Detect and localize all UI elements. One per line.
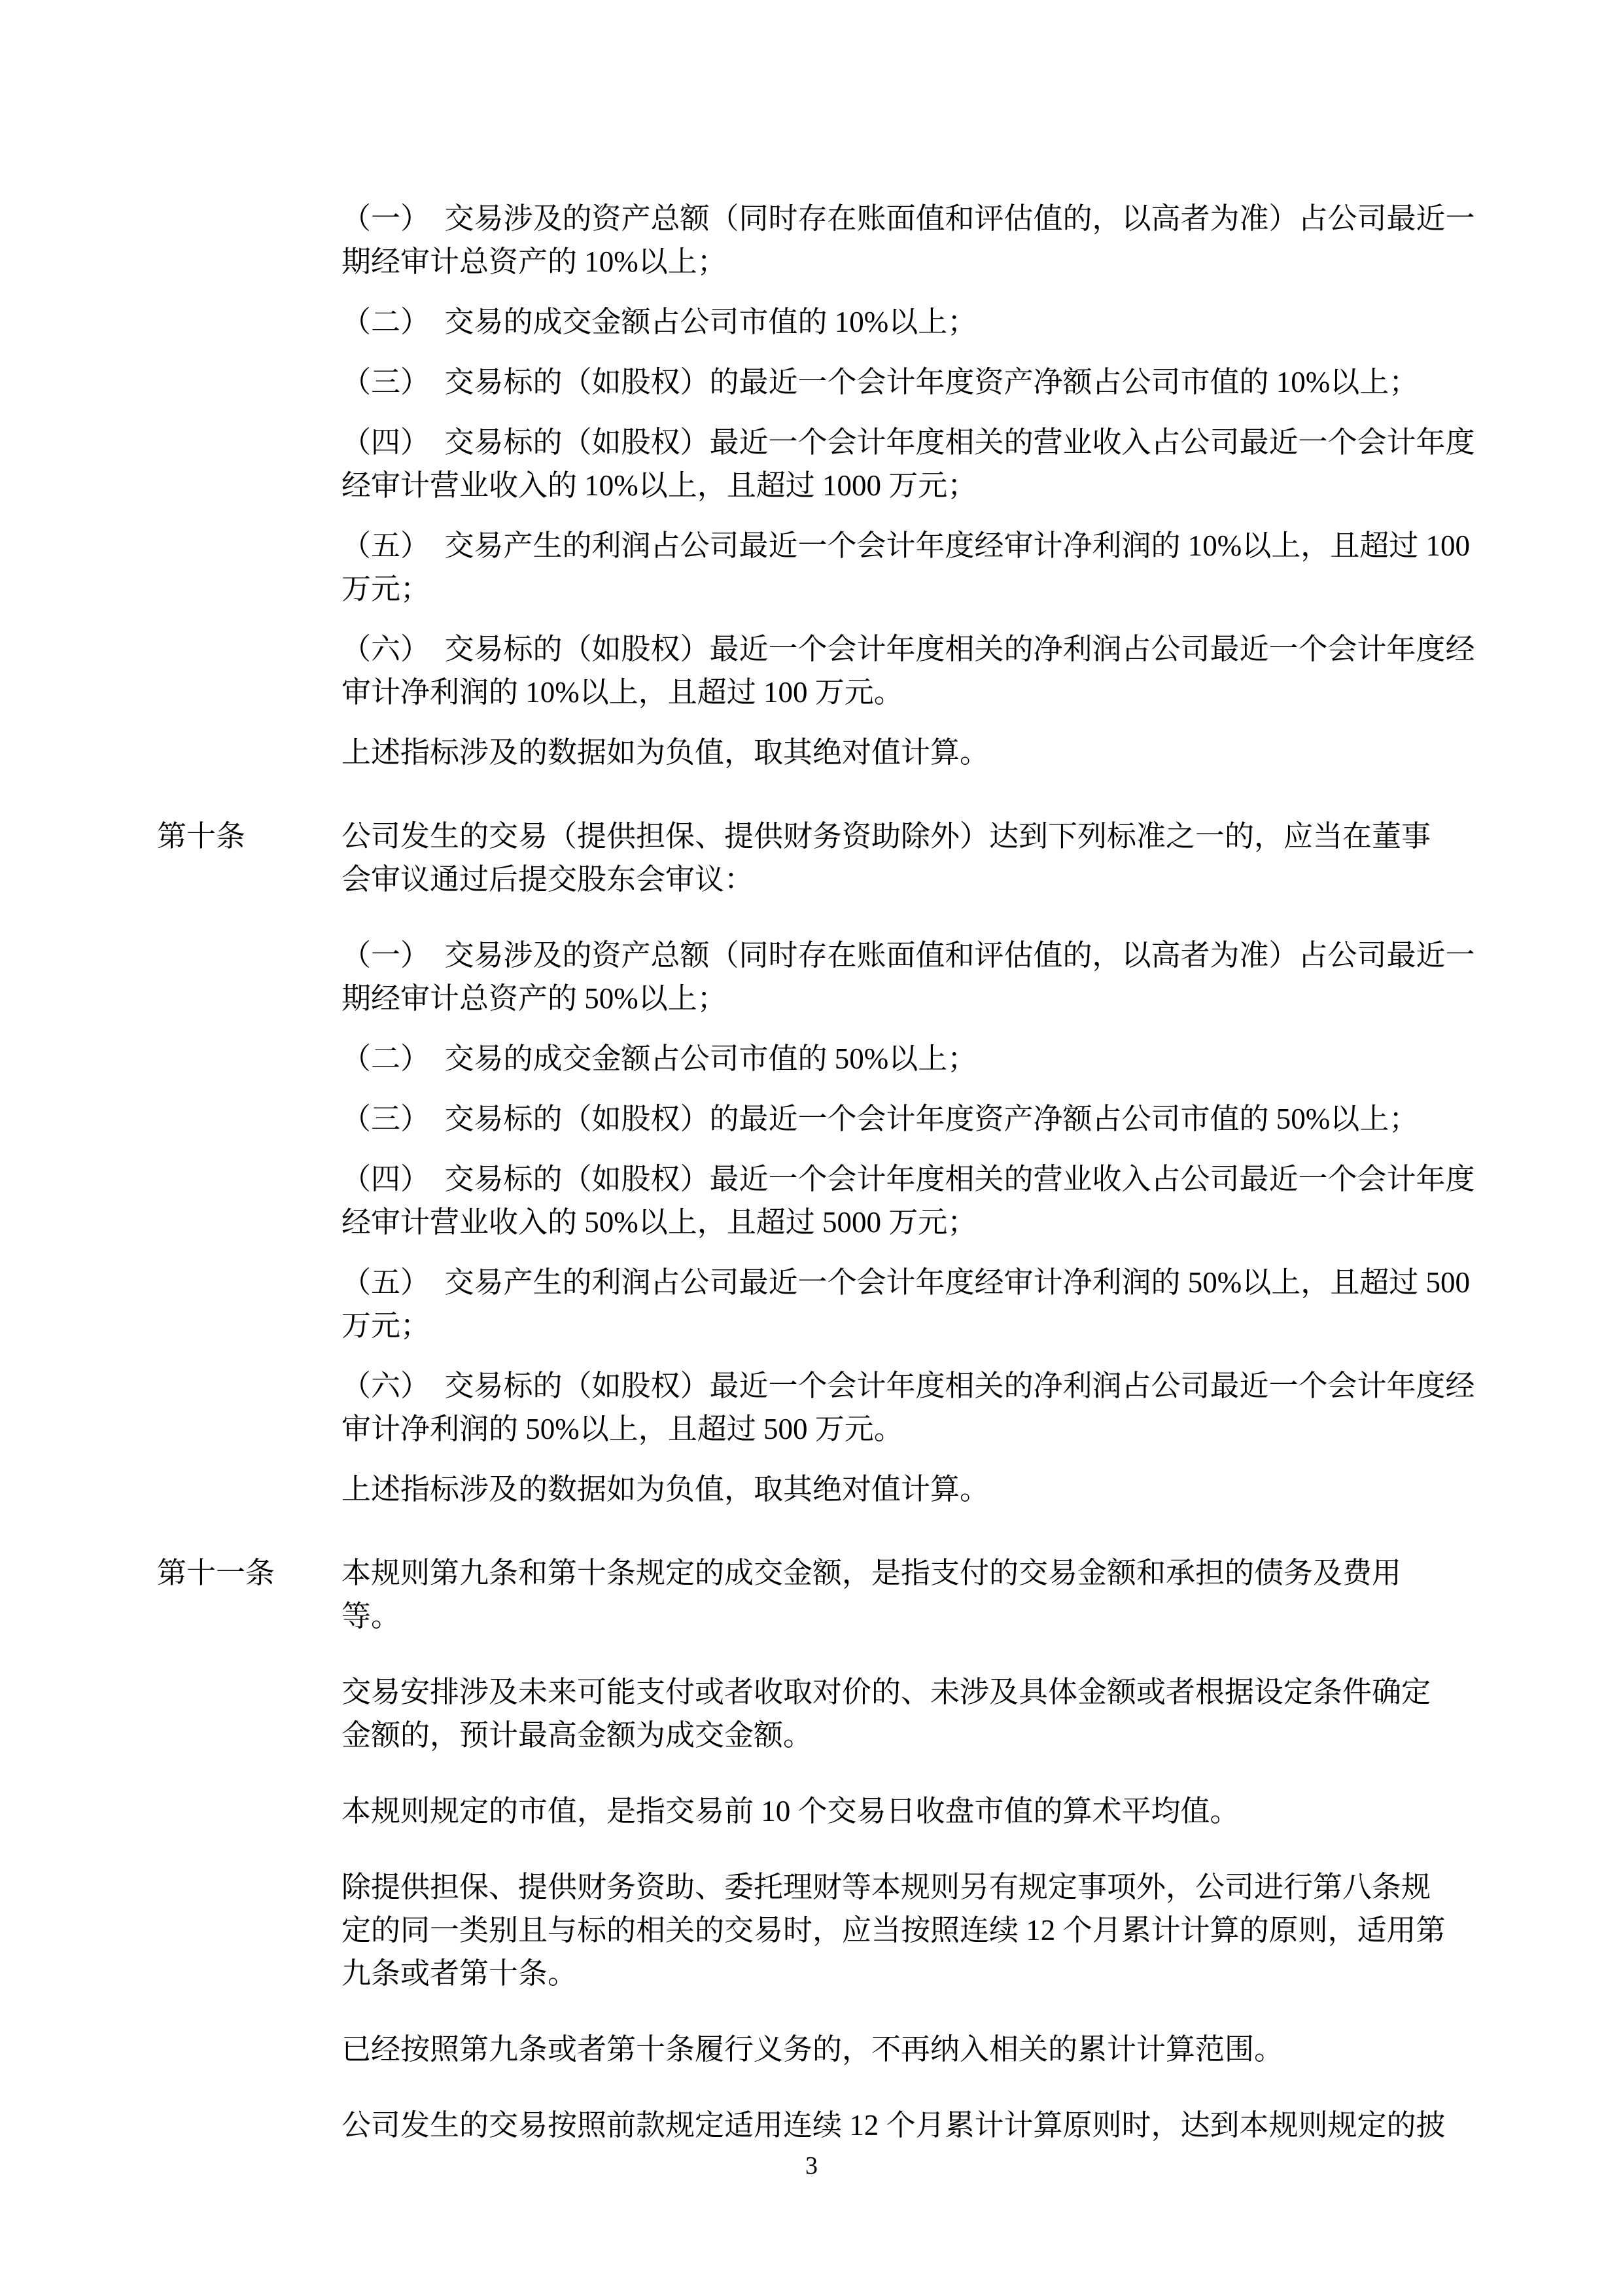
list-item: （二） 交易的成交金额占公司市值的 50%以上； [341,1037,1483,1080]
article-11: 第十一条 本规则第九条和第十条规定的成交金额，是指支付的交易金额和承担的债务及费… [341,1551,1483,2147]
text-line: （五） 交易产生的利润占公司最近一个会计年度经审计净利润的 10%以上，且超过 … [341,524,1483,567]
text-line: 本规则规定的市值，是指交易前 10 个交易日收盘市值的算术平均值。 [341,1790,1483,1833]
note-paragraph: 上述指标涉及的数据如为负值，取其绝对值计算。 [341,731,1483,774]
article-10-label: 第十条 [157,815,245,858]
list-item: （四） 交易标的（如股权）最近一个会计年度相关的营业收入占公司最近一个会计年度 … [341,421,1483,507]
article-paragraph: 本规则规定的市值，是指交易前 10 个交易日收盘市值的算术平均值。 [341,1790,1483,1833]
list-item: （三） 交易标的（如股权）的最近一个会计年度资产净额占公司市值的 10%以上； [341,361,1483,404]
text-line: 上述指标涉及的数据如为负值，取其绝对值计算。 [341,1468,1483,1511]
text-line: （六） 交易标的（如股权）最近一个会计年度相关的净利润占公司最近一个会计年度经 [341,627,1483,671]
text-line: 经审计营业收入的 10%以上，且超过 1000 万元； [341,464,1483,507]
list-item: （一） 交易涉及的资产总额（同时存在账面值和评估值的，以高者为准）占公司最近一 … [341,197,1483,283]
text-line: （四） 交易标的（如股权）最近一个会计年度相关的营业收入占公司最近一个会计年度 [341,421,1483,464]
list-item: （六） 交易标的（如股权）最近一个会计年度相关的净利润占公司最近一个会计年度经 … [341,627,1483,714]
text-line: 期经审计总资产的 10%以上； [341,240,1483,283]
text-line: （六） 交易标的（如股权）最近一个会计年度相关的净利润占公司最近一个会计年度经 [341,1364,1483,1407]
text-line: 经审计营业收入的 50%以上，且超过 5000 万元； [341,1201,1483,1244]
article-paragraph: 除提供担保、提供财务资助、委托理财等本规则另有规定事项外，公司进行第八条规 定的… [341,1865,1483,1995]
text-line: 万元； [341,567,1483,610]
text-line: （二） 交易的成交金额占公司市值的 50%以上； [341,1037,1483,1080]
text-line: 万元； [341,1304,1483,1347]
text-line: 审计净利润的 50%以上，且超过 500 万元。 [341,1407,1483,1451]
article-11-label: 第十一条 [157,1551,275,1595]
article-intro: 公司发生的交易（提供担保、提供财务资助除外）达到下列标准之一的，应当在董事 会审… [341,815,1483,901]
text-line: （五） 交易产生的利润占公司最近一个会计年度经审计净利润的 50%以上，且超过 … [341,1261,1483,1304]
article-paragraph: 交易安排涉及未来可能支付或者收取对价的、未涉及具体金额或者根据设定条件确定 金额… [341,1670,1483,1757]
text-line: 本规则第九条和第十条规定的成交金额，是指支付的交易金额和承担的债务及费用 [341,1551,1483,1595]
article-paragraph: 已经按照第九条或者第十条履行义务的，不再纳入相关的累计计算范围。 [341,2028,1483,2071]
text-line: 除提供担保、提供财务资助、委托理财等本规则另有规定事项外，公司进行第八条规 [341,1865,1483,1909]
text-line: 会审议通过后提交股东会审议： [341,858,1483,901]
list-item: （五） 交易产生的利润占公司最近一个会计年度经审计净利润的 50%以上，且超过 … [341,1261,1483,1347]
text-line: 金额的，预计最高金额为成交金额。 [341,1714,1483,1757]
text-line: （三） 交易标的（如股权）的最近一个会计年度资产净额占公司市值的 50%以上； [341,1097,1483,1140]
text-line: 已经按照第九条或者第十条履行义务的，不再纳入相关的累计计算范围。 [341,2028,1483,2071]
text-line: （四） 交易标的（如股权）最近一个会计年度相关的营业收入占公司最近一个会计年度 [341,1157,1483,1201]
article-9-items: （一） 交易涉及的资产总额（同时存在账面值和评估值的，以高者为准）占公司最近一 … [341,197,1483,774]
text-line: 交易安排涉及未来可能支付或者收取对价的、未涉及具体金额或者根据设定条件确定 [341,1670,1483,1714]
text-line: 定的同一类别且与标的相关的交易时，应当按照连续 12 个月累计计算的原则，适用第 [341,1909,1483,1952]
article-10: 第十条 公司发生的交易（提供担保、提供财务资助除外）达到下列标准之一的，应当在董… [341,815,1483,1511]
page-number: 3 [0,2144,1623,2187]
text-line: 期经审计总资产的 50%以上； [341,977,1483,1020]
text-line: 公司发生的交易按照前款规定适用连续 12 个月累计计算原则时，达到本规则规定的披 [341,2104,1483,2147]
text-line: 等。 [341,1595,1483,1638]
text-line: （二） 交易的成交金额占公司市值的 10%以上； [341,300,1483,344]
text-line: 审计净利润的 10%以上，且超过 100 万元。 [341,671,1483,714]
article-paragraph: 本规则第九条和第十条规定的成交金额，是指支付的交易金额和承担的债务及费用 等。 [341,1551,1483,1638]
text-line: （一） 交易涉及的资产总额（同时存在账面值和评估值的，以高者为准）占公司最近一 [341,934,1483,977]
document-page: （一） 交易涉及的资产总额（同时存在账面值和评估值的，以高者为准）占公司最近一 … [0,0,1623,2296]
list-item: （一） 交易涉及的资产总额（同时存在账面值和评估值的，以高者为准）占公司最近一 … [341,934,1483,1020]
list-item: （三） 交易标的（如股权）的最近一个会计年度资产净额占公司市值的 50%以上； [341,1097,1483,1140]
article-paragraph: 公司发生的交易按照前款规定适用连续 12 个月累计计算原则时，达到本规则规定的披 [341,2104,1483,2147]
document-content: （一） 交易涉及的资产总额（同时存在账面值和评估值的，以高者为准）占公司最近一 … [341,197,1483,2147]
list-item: （六） 交易标的（如股权）最近一个会计年度相关的净利润占公司最近一个会计年度经 … [341,1364,1483,1451]
list-item: （五） 交易产生的利润占公司最近一个会计年度经审计净利润的 10%以上，且超过 … [341,524,1483,610]
text-line: 上述指标涉及的数据如为负值，取其绝对值计算。 [341,731,1483,774]
list-item: （二） 交易的成交金额占公司市值的 10%以上； [341,300,1483,344]
text-line: 九条或者第十条。 [341,1952,1483,1995]
note-paragraph: 上述指标涉及的数据如为负值，取其绝对值计算。 [341,1468,1483,1511]
text-line: （一） 交易涉及的资产总额（同时存在账面值和评估值的，以高者为准）占公司最近一 [341,197,1483,240]
text-line: 公司发生的交易（提供担保、提供财务资助除外）达到下列标准之一的，应当在董事 [341,815,1483,858]
list-item: （四） 交易标的（如股权）最近一个会计年度相关的营业收入占公司最近一个会计年度 … [341,1157,1483,1244]
text-line: （三） 交易标的（如股权）的最近一个会计年度资产净额占公司市值的 10%以上； [341,361,1483,404]
